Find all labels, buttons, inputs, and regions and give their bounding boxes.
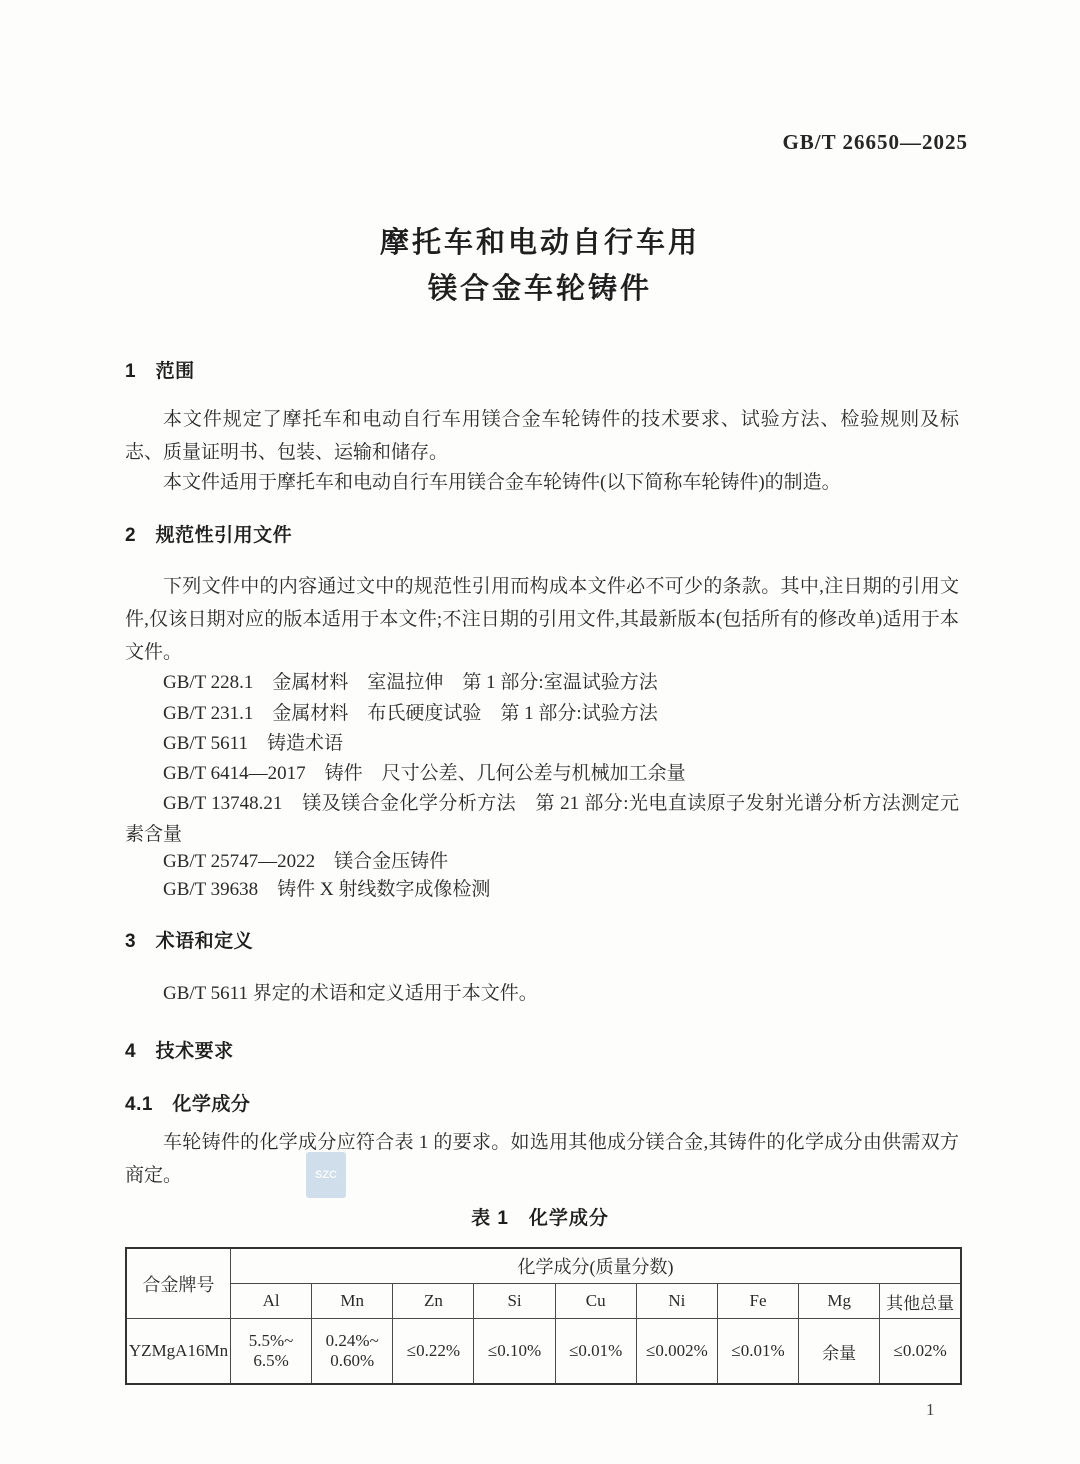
table-header-si: Si <box>474 1284 555 1319</box>
paragraph-terms: GB/T 5611 界定的术语和定义适用于本文件。 <box>125 977 959 1010</box>
table-header-mg: Mg <box>799 1284 880 1319</box>
document-title-line2: 镁合金车轮铸件 <box>0 266 1080 312</box>
reference-item: GB/T 231.1 金属材料 布氏硬度试验 第 1 部分:试验方法 <box>125 698 959 729</box>
section-heading-terms: 3 术语和定义 <box>125 926 253 953</box>
table-header-others: 其他总量 <box>880 1284 961 1319</box>
page-number: 1 <box>926 1400 935 1420</box>
document-title-line1: 摩托车和电动自行车用 <box>0 220 1080 266</box>
reference-item: GB/T 5611 铸造术语 <box>125 728 959 759</box>
cell-others: ≤0.02% <box>880 1319 961 1385</box>
chemical-composition-table: 合金牌号 化学成分(质量分数) Al Mn Zn Si Cu Ni Fe Mg … <box>125 1247 962 1385</box>
standard-number: GB/T 26650—2025 <box>782 130 968 155</box>
table-header-al: Al <box>231 1284 312 1319</box>
cell-mn: 0.24%~ 0.60% <box>312 1319 393 1385</box>
document-page: GB/T 26650—2025 摩托车和电动自行车用 镁合金车轮铸件 1 范围 … <box>0 0 1080 1464</box>
section-heading-chemical-composition: 4.1 化学成分 <box>125 1089 250 1116</box>
cell-ni: ≤0.002% <box>636 1319 717 1385</box>
reference-item: GB/T 39638 铸件 X 射线数字成像检测 <box>125 874 959 905</box>
paragraph-normative-references: 下列文件中的内容通过文中的规范性引用而构成本文件必不可少的条款。其中,注日期的引… <box>125 570 959 669</box>
table-row: YZMgA16Mn 5.5%~ 6.5% 0.24%~ 0.60% ≤0.22%… <box>126 1319 961 1385</box>
cell-fe: ≤0.01% <box>717 1319 798 1385</box>
cell-alloy-name: YZMgA16Mn <box>126 1319 231 1385</box>
table-header-group: 化学成分(质量分数) <box>231 1248 962 1284</box>
table-header-cu: Cu <box>555 1284 636 1319</box>
cell-mg: 余量 <box>799 1319 880 1385</box>
reference-item: GB/T 228.1 金属材料 室温拉伸 第 1 部分:室温试验方法 <box>125 667 959 698</box>
cell-zn: ≤0.22% <box>393 1319 474 1385</box>
reference-item: GB/T 6414—2017 铸件 尺寸公差、几何公差与机械加工余量 <box>125 758 959 789</box>
document-title: 摩托车和电动自行车用 镁合金车轮铸件 <box>0 220 1080 312</box>
cell-al: 5.5%~ 6.5% <box>231 1319 312 1385</box>
section-heading-technical-requirements: 4 技术要求 <box>125 1036 234 1063</box>
table-header-ni: Ni <box>636 1284 717 1319</box>
cell-si: ≤0.10% <box>474 1319 555 1385</box>
table-caption: 表 1 化学成分 <box>0 1203 1080 1230</box>
reference-item: GB/T 25747—2022 镁合金压铸件 <box>125 846 959 877</box>
table-header-alloy: 合金牌号 <box>126 1248 231 1319</box>
reference-item: GB/T 13748.21 镁及镁合金化学分析方法 第 21 部分:光电直读原子… <box>125 788 959 850</box>
table-header-fe: Fe <box>717 1284 798 1319</box>
paragraph-scope-2: 本文件适用于摩托车和电动自行车用镁合金车轮铸件(以下简称车轮铸件)的制造。 <box>125 466 959 499</box>
section-heading-normative-references: 2 规范性引用文件 <box>125 520 292 547</box>
table-header-zn: Zn <box>393 1284 474 1319</box>
section-heading-scope: 1 范围 <box>125 356 195 383</box>
cell-cu: ≤0.01% <box>555 1319 636 1385</box>
paragraph-scope-1: 本文件规定了摩托车和电动自行车用镁合金车轮铸件的技术要求、试验方法、检验规则及标… <box>125 403 959 469</box>
paragraph-chemical-composition: 车轮铸件的化学成分应符合表 1 的要求。如选用其他成分镁合金,其铸件的化学成分由… <box>125 1126 959 1192</box>
table-header-mn: Mn <box>312 1284 393 1319</box>
watermark: SZC <box>306 1152 346 1198</box>
